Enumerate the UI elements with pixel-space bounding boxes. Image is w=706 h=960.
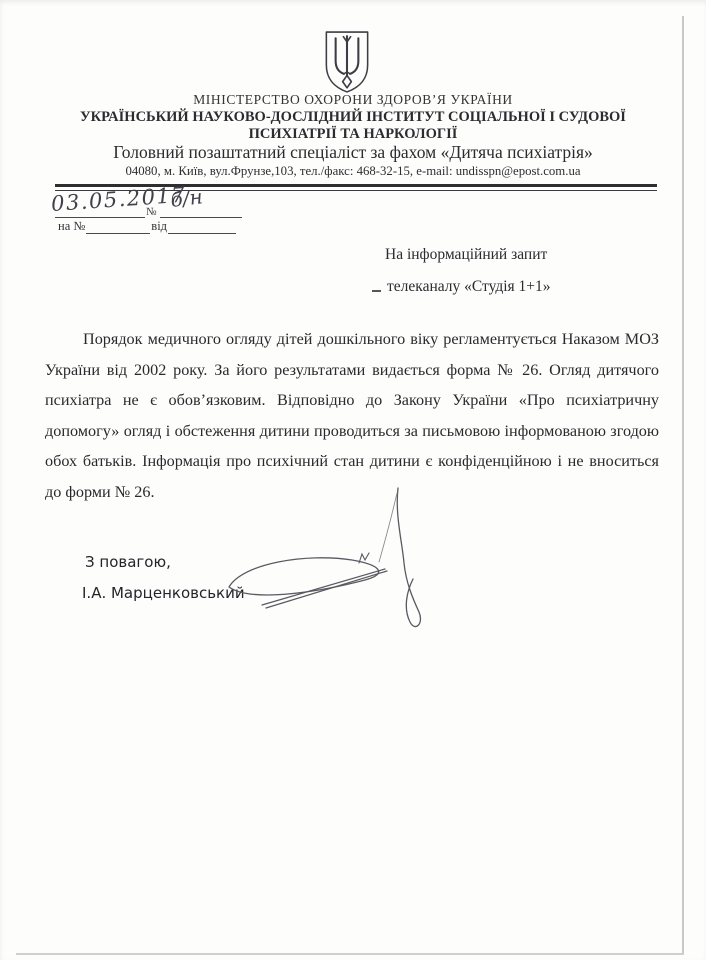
specialist-title: Головний позаштатний спеціаліст за фахом… — [0, 142, 706, 163]
scanned-letter-page: МІНІСТЕРСТВО ОХОРОНИ ЗДОРОВ’Я УКРАЇНИ УК… — [0, 0, 706, 960]
handwritten-signature-icon — [215, 483, 480, 643]
ukraine-trident-emblem-icon — [321, 30, 373, 94]
reply-date-blank — [168, 220, 236, 234]
institute-title: УКРАЇНСЬКИЙ НАУКОВО-ДОСЛІДНИЙ ІНСТИТУТ С… — [43, 109, 663, 143]
recipient-line1: На інформаційний запит — [385, 246, 547, 264]
scan-edge-bottom — [16, 953, 684, 955]
institute-title-line2: ПСИХІАТРІЇ ТА НАРКОЛОГІЇ — [43, 126, 663, 143]
contact-line: 04080, м. Київ, вул.Фрунзе,103, тел./фак… — [0, 164, 706, 179]
signature-closing: З повагою, — [85, 553, 171, 571]
number-sign: № — [146, 206, 157, 218]
reply-from-label: від — [151, 219, 167, 234]
institute-title-line1: УКРАЇНСЬКИЙ НАУКОВО-ДОСЛІДНИЙ ІНСТИТУТ С… — [43, 109, 663, 126]
ministry-title: МІНІСТЕРСТВО ОХОРОНИ ЗДОРОВ’Я УКРАЇНИ — [0, 92, 706, 108]
reply-prefix-label: на № — [58, 219, 85, 234]
recipient-line2: телеканалу «Студія 1+1» — [387, 278, 551, 296]
letter-body-paragraph: Порядок медичного огляду дітей дошкільно… — [45, 324, 659, 508]
reply-reference-row: на № від — [58, 219, 237, 234]
stray-mark — [372, 290, 381, 292]
handwritten-number: б/н — [169, 184, 204, 212]
reply-number-blank — [86, 220, 150, 234]
